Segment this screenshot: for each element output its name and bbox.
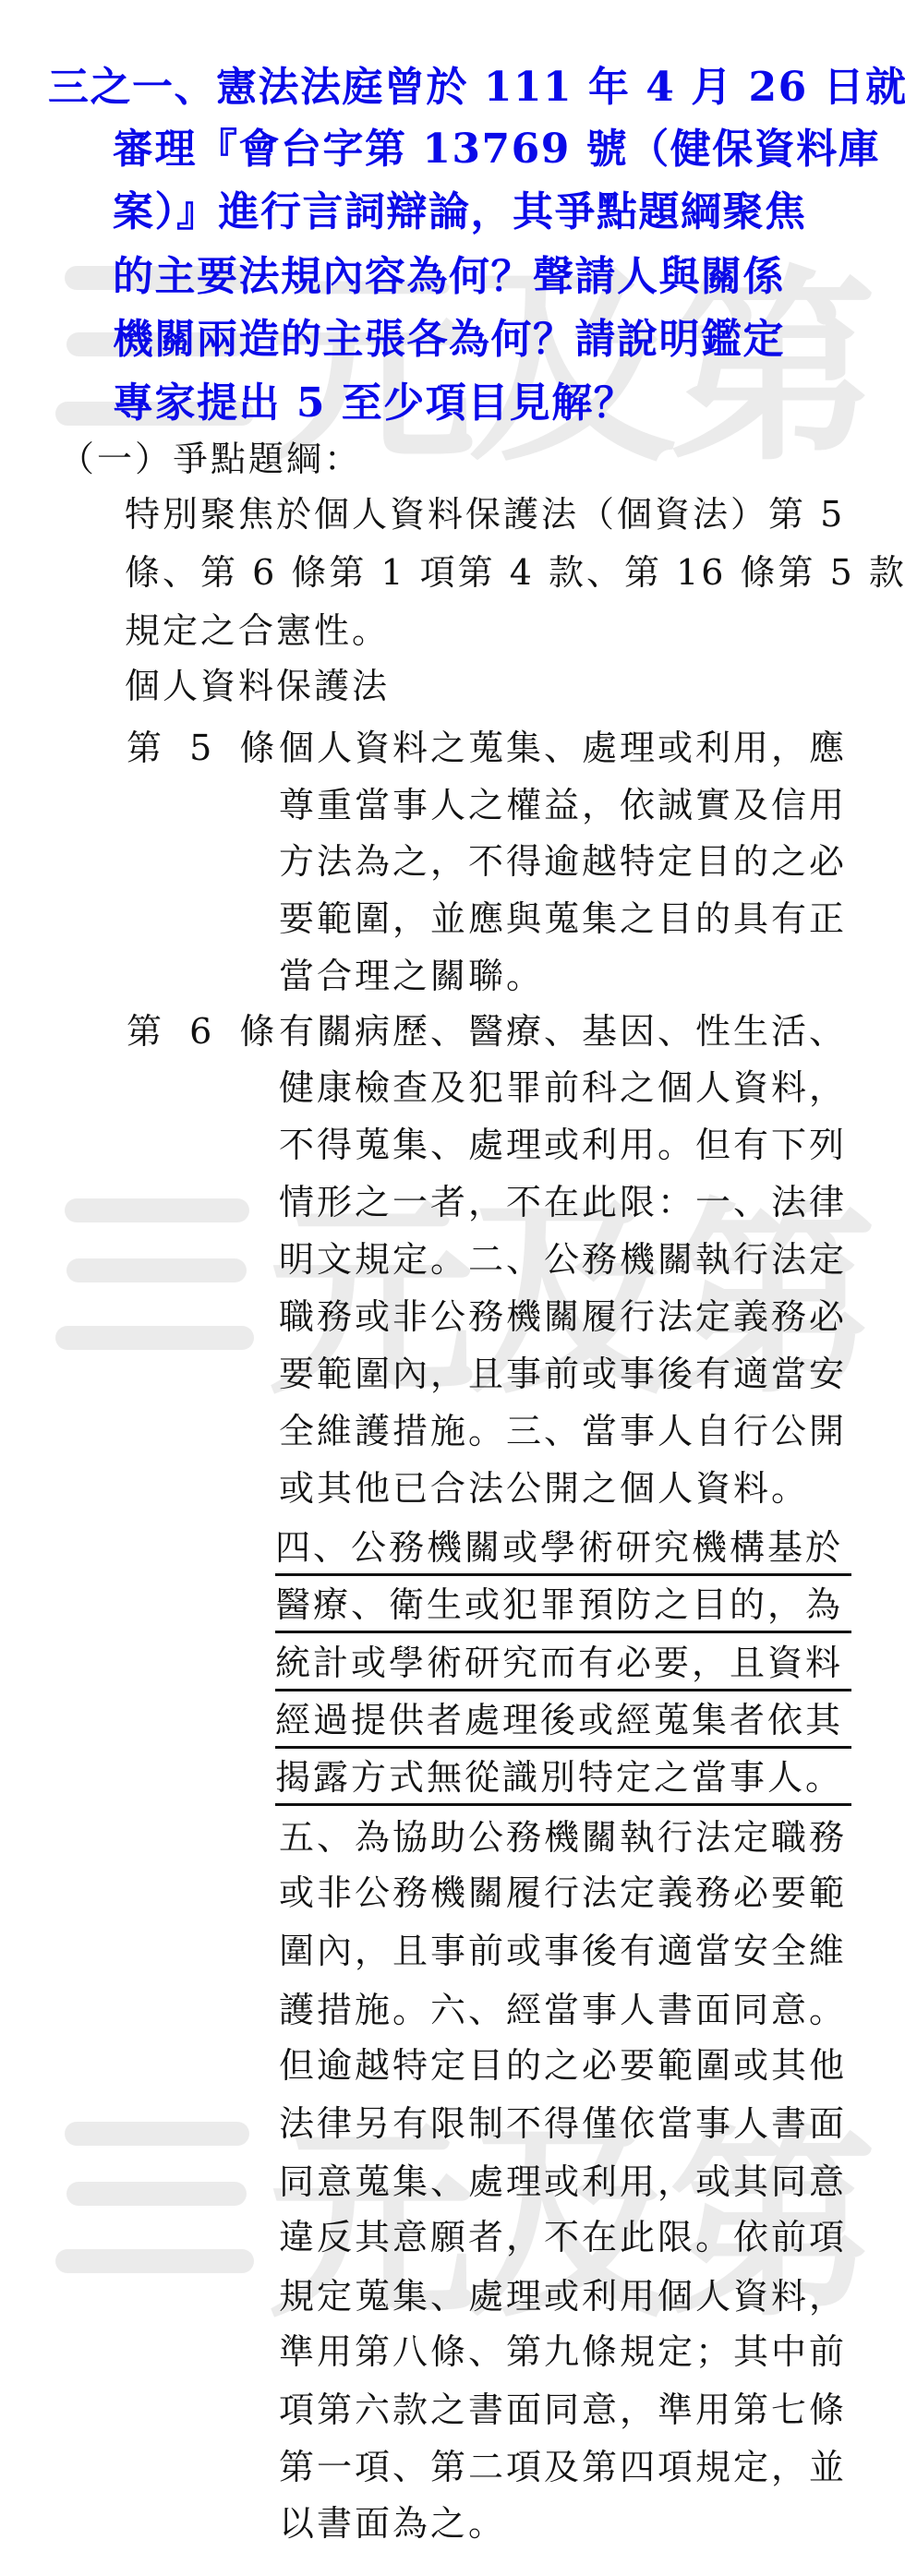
underlined-line: 經過提供者處理後或經蒐集者依其 (275, 1692, 851, 1749)
article-line: 要範圍內，且事前或事後有適當安 (279, 1345, 847, 1402)
article-line: 違反其意願者，不在此限。依前項 (279, 2209, 847, 2266)
heading-line: 案）』進行言詞辯論，其爭點題綱聚焦 (113, 181, 807, 244)
article-line: 當合理之關聯。 (279, 947, 544, 1005)
article-line: 全維護措施。三、當事人自行公開 (279, 1402, 847, 1460)
article-line: 要範圍，並應與蒐集之目的具有正 (279, 890, 847, 947)
article-label: 第 5 條 (127, 719, 278, 776)
underlined-line: 揭露方式無從識別特定之當事人。 (275, 1750, 851, 1806)
watermark-bar (65, 1198, 249, 1222)
underlined-line: 醫療、衛生或犯罪預防之目的，為 (275, 1577, 851, 1633)
watermark-bar (55, 1326, 254, 1350)
intro-line: 特別聚焦於個人資料保護法（個資法）第 5 (125, 486, 845, 543)
law-name: 個人資料保護法 (125, 657, 390, 715)
intro-line: 條、第 6 條第 1 項第 4 款、第 16 條第 5 款之 (125, 544, 905, 601)
article-line: 圍內，且事前或事後有適當安全維 (279, 1922, 847, 1980)
watermark-bar (55, 2249, 254, 2273)
underlined-line: 統計或學術研究而有必要，且資料 (275, 1635, 851, 1691)
watermark-bar (66, 2182, 247, 2206)
article-label: 第 6 條 (127, 1003, 278, 1060)
watermark-bar (65, 2122, 249, 2146)
article-line: 第一項、第二項及第四項規定，並 (279, 2438, 847, 2496)
article-line: 準用第八條、第九條規定；其中前 (279, 2323, 847, 2380)
watermark-bar (66, 1258, 247, 1282)
heading-line: 三之一、憲法法庭曾於 111 年 4 月 26 日就 (48, 56, 905, 119)
heading-line: 審理『會台字第 13769 號（健保資料庫 (113, 118, 880, 181)
heading-line: 的主要法規內容為何？聲請人與關係 (113, 246, 785, 308)
article-line: 明文規定。二、公務機關執行法定 (279, 1231, 847, 1288)
article-line: 情形之一者，不在此限：一、法律 (279, 1174, 847, 1231)
document-page: 元及第 元及第 元及第 三之一、憲法法庭曾於 111 年 4 月 26 日就 審… (0, 0, 905, 2576)
article-line: 有關病歷、醫療、基因、性生活、 (279, 1003, 847, 1060)
article-line: 法律另有限制不得僅依當事人書面 (279, 2095, 847, 2152)
article-line: 健康檢查及犯罪前科之個人資料， (279, 1059, 847, 1116)
article-line: 同意蒐集、處理或利用，或其同意 (279, 2153, 847, 2210)
underlined-line: 四、公務機關或學術研究機構基於 (275, 1520, 851, 1576)
article-line: 個人資料之蒐集、處理或利用，應 (279, 719, 847, 776)
heading-line: 專家提出 5 至少項目見解？ (113, 372, 635, 435)
heading-line: 機關兩造的主張各為何？請說明鑑定 (113, 308, 785, 371)
intro-line: 規定之合憲性。 (125, 602, 390, 659)
article-line: 但逾越特定目的之必要範圍或其他 (279, 2037, 847, 2094)
article-line: 以書面為之。 (279, 2495, 506, 2552)
article-line: 項第六款之書面同意，準用第七條 (279, 2381, 847, 2438)
article-line: 職務或非公務機關履行法定義務必 (279, 1288, 847, 1345)
article-line: 不得蒐集、處理或利用。但有下列 (279, 1116, 847, 1174)
article-line: 五、為協助公務機關執行法定職務 (279, 1809, 847, 1866)
article-line: 護措施。六、經當事人書面同意。 (279, 1981, 847, 2039)
article-line: 尊重當事人之權益，依誠實及信用 (279, 776, 847, 834)
section-label: （一）爭點題綱： (59, 430, 362, 488)
article-line: 或非公務機關履行法定義務必要範 (279, 1864, 847, 1921)
article-line: 或其他已合法公開之個人資料。 (279, 1460, 809, 1517)
article-line: 規定蒐集、處理或利用個人資料， (279, 2268, 847, 2325)
article-line: 方法為之，不得逾越特定目的之必 (279, 833, 847, 890)
